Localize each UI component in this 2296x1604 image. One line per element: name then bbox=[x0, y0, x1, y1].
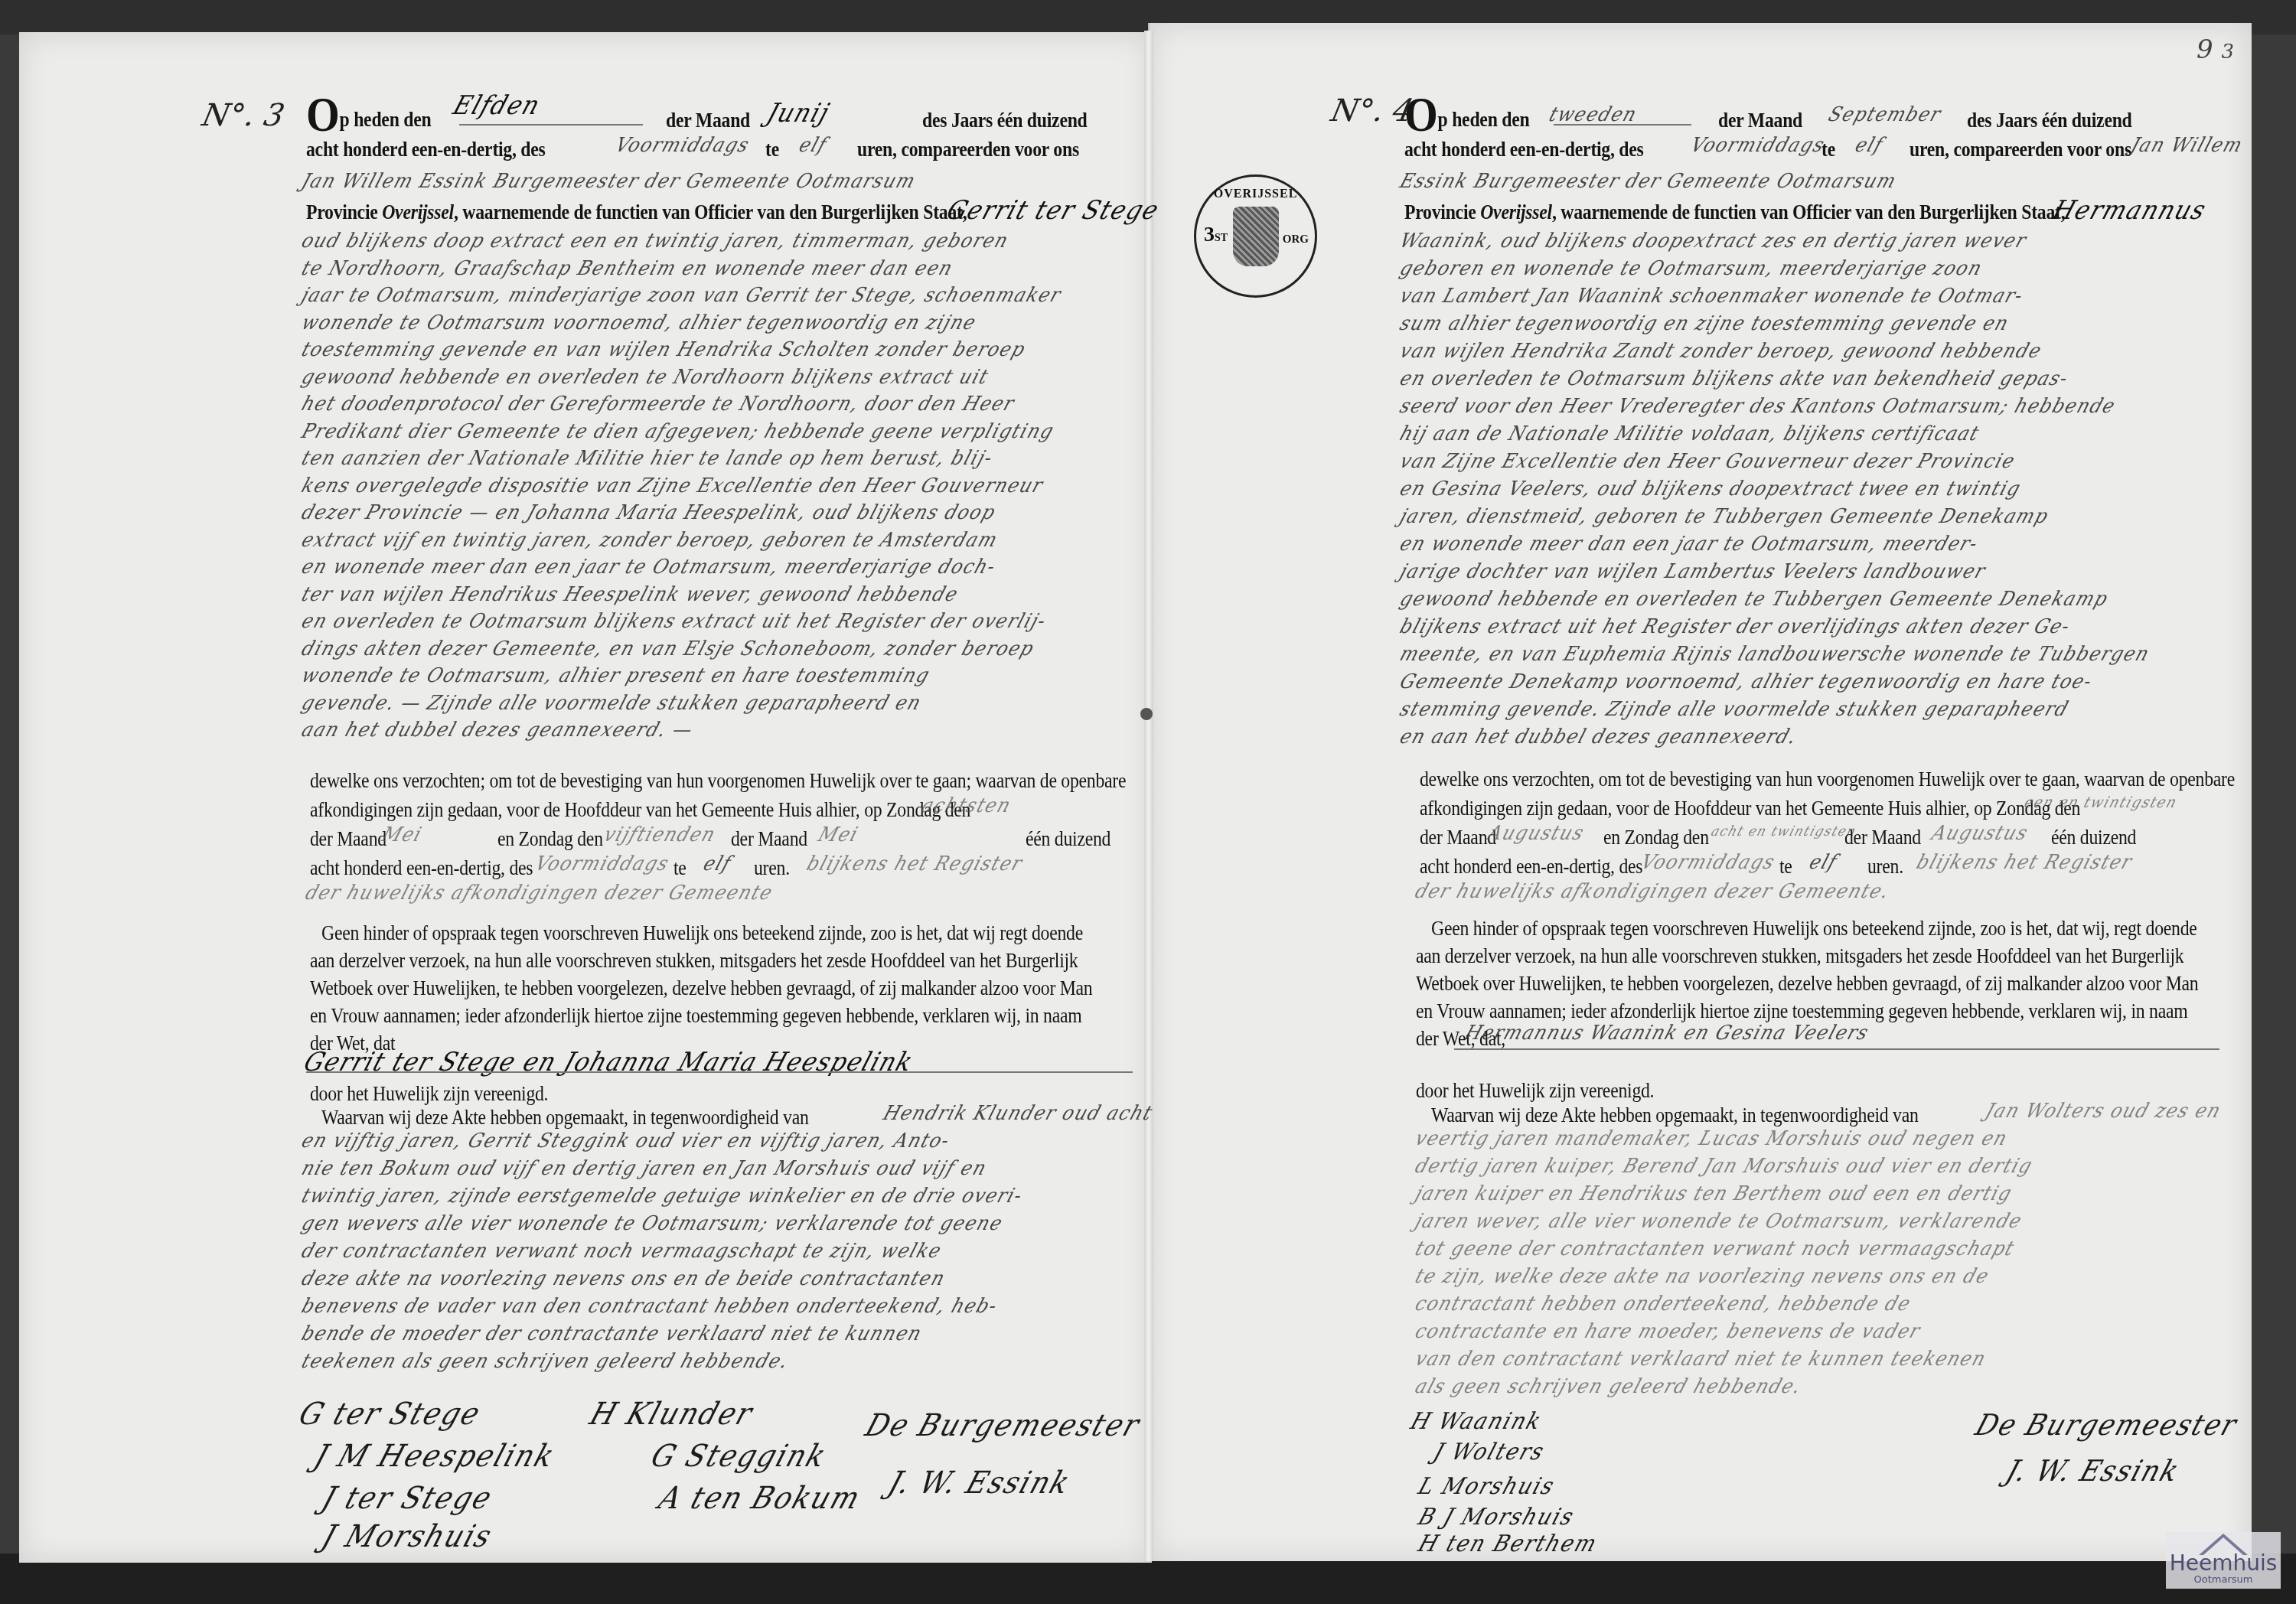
handwritten-line: stemming gevende. Zijnde alle voormelde … bbox=[1397, 698, 2072, 721]
right-declaration-line-2: aan derzelver verzoek, na hun alle voors… bbox=[1416, 944, 2183, 968]
right-te-label: te bbox=[1821, 138, 1835, 161]
left-mayor-name: Jan Willem Essink Burgemeester der Gemee… bbox=[298, 170, 918, 193]
fill-line bbox=[1554, 124, 1691, 126]
signature: J ter Stege bbox=[318, 1481, 497, 1516]
handwritten-line: hij aan de Nationale Militie voldaan, bl… bbox=[1397, 422, 1982, 445]
left-declaration-line-1: Geen hinder of opspraak tegen voorschrev… bbox=[321, 921, 1083, 945]
right-year-label: des Jaars één duizend bbox=[1967, 109, 2132, 132]
right-request-line-1: dewelke ons verzochten, om tot de bevest… bbox=[1420, 768, 2235, 791]
handwritten-line: jaren kuiper en Hendrikus ten Berthem ou… bbox=[1412, 1182, 2015, 1205]
left-declaration-line-4: en Vrouw aannamen; ieder afzonderlijk hi… bbox=[310, 1004, 1081, 1028]
left-second-sunday-day: vijftienden bbox=[601, 823, 719, 846]
handwritten-line: Jan Wolters oud zes en bbox=[1982, 1100, 2224, 1123]
left-request-te: te bbox=[673, 856, 687, 880]
right-witnesses-intro: Waarvan wij deze Akte hebben opgemaakt, … bbox=[1431, 1104, 1919, 1127]
handwritten-line: sum alhier tegenwoordig en zijne toestem… bbox=[1397, 312, 2012, 335]
right-request-register: blijkens het Register bbox=[1913, 851, 2135, 874]
right-day-value: tweeden bbox=[1546, 103, 1640, 126]
signature: H Waanink bbox=[1407, 1408, 1546, 1435]
handwritten-line: contractante en hare moeder, benevens de… bbox=[1412, 1320, 1923, 1343]
handwritten-line: kens overgelegde dispositie van Zijne Ex… bbox=[298, 474, 1046, 497]
handwritten-line: veertig jaren mandemaker, Lucas Morshuis… bbox=[1412, 1127, 2011, 1150]
right-request-line-2: afkondigingen zijn gedaan, voor de Hoofd… bbox=[1420, 797, 2080, 820]
left-request-maand-1: der Maand bbox=[310, 827, 386, 851]
right-act-number: N°. 4 bbox=[1328, 93, 1417, 129]
handwritten-line: der contractanten verwant noch vermaagsc… bbox=[298, 1240, 944, 1263]
left-request-register: blijkens het Register bbox=[804, 853, 1026, 875]
handwritten-line: Gemeente Denekamp voornoemd, alhier tege… bbox=[1397, 670, 2095, 693]
left-te-label: te bbox=[765, 138, 779, 161]
left-declaration-line-6: door het Huwelijk zijn vereenigd. bbox=[310, 1082, 548, 1106]
fill-line bbox=[459, 124, 643, 126]
handwritten-line: gevende. — Zijnde alle voormelde stukken… bbox=[298, 692, 925, 715]
left-daypart-value: Voormiddags bbox=[612, 134, 752, 157]
left-request-zondag-2: en Zondag den bbox=[497, 827, 603, 851]
left-second-sunday-month: Mei bbox=[815, 823, 861, 846]
signature: H Klunder bbox=[585, 1397, 758, 1432]
left-witnesses-intro: Waarvan wij deze Akte hebben opgemaakt, … bbox=[321, 1106, 809, 1130]
handwritten-line: Predikant dier Gemeente te dien afgegeve… bbox=[298, 420, 1057, 443]
right-request-duizend: één duizend bbox=[2051, 826, 2136, 849]
left-request-register-cont: der huwelijks afkondigingen dezer Gemeen… bbox=[302, 882, 776, 905]
right-declaration-line-6: door het Huwelijk zijn vereenigd. bbox=[1416, 1079, 1654, 1103]
right-second-sunday-month: Augustus bbox=[1929, 822, 2031, 845]
left-header-line-2: acht honderd een-en-dertig, des bbox=[306, 138, 546, 161]
right-second-sunday-day: acht en twintigsten bbox=[1709, 823, 1858, 839]
handwritten-line: jaar te Ootmarsum, minderjarige zoon van… bbox=[298, 284, 1065, 307]
left-year-label: des Jaars één duizend bbox=[922, 109, 1088, 132]
handwritten-line: extract vijf en twintig jaren, zonder be… bbox=[298, 529, 1001, 552]
left-act-number: N°. 3 bbox=[199, 98, 288, 133]
left-request-uren: uren. bbox=[754, 856, 790, 880]
left-request-line-4: acht honderd een-en-dertig, des bbox=[310, 856, 533, 880]
handwritten-line: oud blijkens doop extract een en twintig… bbox=[298, 230, 1012, 253]
handwritten-line: aan het dubbel dezes geannexeerd. — bbox=[298, 719, 696, 742]
right-month-label: der Maand bbox=[1718, 109, 1802, 132]
left-request-maand-2: der Maand bbox=[731, 827, 807, 851]
right-mayor-name: Essink Burgemeester der Gemeente Ootmars… bbox=[1397, 170, 1900, 193]
handwritten-line: en overleden te Ootmarsum blijkens akte … bbox=[1397, 367, 2071, 390]
right-request-register-cont: der huwelijks afkondigingen dezer Gemeen… bbox=[1412, 880, 1893, 903]
left-request-duizend: één duizend bbox=[1026, 827, 1110, 851]
heemhuis-watermark: Heemhuis Ootmarsum bbox=[2166, 1532, 2281, 1589]
handwritten-line: meente, en van Euphemia Rijnis landbouwe… bbox=[1397, 643, 2152, 666]
right-first-sunday-month: Augustus bbox=[1485, 822, 1587, 845]
fill-line bbox=[306, 1071, 1133, 1073]
handwritten-line: twintig jaren, zijnde eerstgemelde getui… bbox=[298, 1185, 1026, 1208]
right-request-uren: uren. bbox=[1867, 855, 1903, 879]
right-compareerden-label: uren, compareerden voor ons bbox=[1910, 138, 2131, 161]
left-request-line-2: afkondigingen zijn gedaan, voor de Hoofd… bbox=[310, 798, 970, 822]
handwritten-line: en aan het dubbel dezes geannexeerd. bbox=[1397, 725, 1800, 748]
handwritten-line: nie ten Bokum oud vijf en dertig jaren e… bbox=[298, 1157, 990, 1180]
signature: H ten Berthem bbox=[1415, 1531, 1601, 1557]
signature: A ten Bokum bbox=[654, 1481, 866, 1516]
handwritten-line: gen wevers alle vier wonende te Ootmarsu… bbox=[298, 1212, 1006, 1235]
handwritten-line: en wonende meer dan een jaar te Ootmarsu… bbox=[298, 556, 999, 579]
handwritten-line: en overleden te Ootmarsum blijkens extra… bbox=[298, 610, 1049, 633]
handwritten-line: Hendrik Klunder oud acht bbox=[880, 1102, 1156, 1125]
handwritten-line: ten aanzien der Nationale Militie hier t… bbox=[298, 447, 996, 470]
handwritten-line: als geen schrijven geleerd hebbende. bbox=[1412, 1375, 1805, 1398]
revenue-stamp: OVERIJSSEL 3ST ORG bbox=[1194, 174, 1317, 298]
handwritten-line: te zijn, welke deze akte na voorlezing n… bbox=[1412, 1265, 1992, 1288]
stamp-crest-icon bbox=[1233, 207, 1279, 266]
handwritten-line: bende de moeder der contractante verklaa… bbox=[298, 1322, 925, 1345]
handwritten-line: van Zijne Excellentie den Heer Gouverneu… bbox=[1397, 450, 2018, 473]
right-request-line-4: acht honderd een-en-dertig, des bbox=[1420, 855, 1642, 879]
handwritten-line: teekenen als geen schrijven geleerd hebb… bbox=[298, 1350, 791, 1373]
handwritten-line: deze akte na voorlezing nevens ons en de… bbox=[298, 1267, 948, 1290]
handwritten-line: dings akten dezer Gemeente, en van Elsje… bbox=[298, 637, 1037, 660]
signature: J. W. Essink bbox=[884, 1465, 1075, 1501]
handwritten-line: van Lambert Jan Waanink schoenmaker wone… bbox=[1397, 285, 2026, 308]
right-declaration-line-3: Wetboek over Huwelijken, te hebben voorg… bbox=[1416, 972, 2198, 996]
handwritten-line: seerd voor den Heer Vrederegter des Kant… bbox=[1397, 395, 2118, 418]
left-first-sunday-month: Mei bbox=[379, 823, 425, 846]
folio-number: 9 3 bbox=[2197, 34, 2234, 65]
left-couple-names: Gerrit ter Stege en Johanna Maria Heespe… bbox=[300, 1047, 917, 1077]
handwritten-line: wonende te Ootmarsum, alhier present en … bbox=[298, 664, 933, 687]
left-declaration-line-3: Wetboek over Huwelijken, te hebben voorg… bbox=[310, 976, 1092, 1000]
handwritten-line: Waanink, oud blijkens doopextract zes en… bbox=[1397, 230, 2030, 253]
signature: J. W. Essink bbox=[2002, 1454, 2184, 1488]
left-groom-name: Gerrit ter Stege bbox=[943, 195, 1163, 226]
handwritten-line: te Nordhoorn, Graafschap Bentheim en won… bbox=[298, 257, 956, 280]
handwritten-line: jaren wever, alle vier wonende te Ootmar… bbox=[1412, 1210, 2025, 1233]
handwritten-line: geboren en wonende te Ootmarsum, meerder… bbox=[1397, 257, 1985, 280]
left-first-sunday-day: achtsten bbox=[918, 794, 1014, 817]
left-request-daypart: Voormiddags bbox=[532, 853, 672, 875]
handwritten-line: van den contractant verklaard niet te ku… bbox=[1412, 1348, 1989, 1371]
handwritten-line: jaren, dienstmeid, geboren te Tubbergen … bbox=[1397, 505, 2052, 528]
right-request-daypart: Voormiddags bbox=[1638, 851, 1778, 874]
left-request-line-1: dewelke ons verzochten; om tot de bevest… bbox=[310, 769, 1126, 793]
handwritten-line: jarige dochter van wijlen Lambertus Veel… bbox=[1397, 560, 1989, 583]
left-compareerden-label: uren, compareerden voor ons bbox=[857, 138, 1079, 161]
fill-line bbox=[1454, 1048, 2219, 1050]
handwritten-line: van wijlen Hendrika Zandt zonder beroep,… bbox=[1397, 340, 2045, 363]
right-header-line-4: Provincie Overijssel, waarnemende de fun… bbox=[1404, 200, 2065, 224]
handwritten-line: wonende te Ootmarsum voornoemd, alhier t… bbox=[298, 311, 980, 334]
left-header-line-1: Op heden den bbox=[306, 90, 431, 139]
handwritten-line: benevens de vader van den contractant he… bbox=[298, 1295, 1000, 1318]
left-month-label: der Maand bbox=[666, 109, 750, 132]
handwritten-line: contractant hebben onderteekend, hebbend… bbox=[1412, 1293, 1914, 1315]
handwritten-line: en wonende meer dan een jaar te Ootmarsu… bbox=[1397, 533, 1981, 556]
binding-clip bbox=[1140, 708, 1153, 720]
signature: G ter Stege bbox=[295, 1397, 485, 1432]
handwritten-line: en vijftig jaren, Gerrit Steggink oud vi… bbox=[298, 1130, 953, 1152]
signature: J M Heespelink bbox=[310, 1439, 559, 1474]
handwritten-line: het doodenprotocol der Gereformeerde te … bbox=[298, 393, 1018, 416]
handwritten-line: en Gesina Veelers, oud blijkens doopextr… bbox=[1397, 478, 2024, 500]
book-gutter bbox=[1144, 31, 1153, 1561]
right-request-zondag-2: en Zondag den bbox=[1603, 826, 1709, 849]
left-header-line-4: Provincie Overijssel, waarnemende de fun… bbox=[306, 200, 967, 224]
handwritten-line: ter van wijlen Hendrikus Heespelink weve… bbox=[298, 583, 961, 606]
signature: B J Morshuis bbox=[1415, 1504, 1578, 1531]
signature: J Wolters bbox=[1430, 1439, 1549, 1465]
signature: J Morshuis bbox=[318, 1519, 497, 1554]
signature: De Burgemeester bbox=[861, 1408, 1145, 1443]
left-month-value: Junij bbox=[763, 98, 833, 129]
right-request-maand-1: der Maand bbox=[1420, 826, 1496, 849]
right-declaration-line-4: en Vrouw aannamen; ieder afzonderlijk hi… bbox=[1416, 999, 2187, 1023]
left-declaration-line-2: aan derzelver verzoek, na hun alle voors… bbox=[310, 949, 1078, 973]
right-header-line-2: acht honderd een-en-dertig, des bbox=[1404, 138, 1644, 161]
right-request-te: te bbox=[1779, 855, 1792, 879]
handwritten-line: gewoond hebbende en overleden te Nordhoo… bbox=[298, 366, 992, 389]
right-month-value: September bbox=[1825, 103, 1944, 126]
left-day-value: Elfden bbox=[449, 90, 544, 121]
signature: G Steggink bbox=[647, 1439, 831, 1474]
right-mayor-firstname: Jan Willem bbox=[2128, 134, 2245, 157]
handwritten-line: blijkens extract uit het Register der ov… bbox=[1397, 615, 2073, 638]
handwritten-line: dezer Provincie — en Johanna Maria Heesp… bbox=[298, 501, 999, 524]
right-couple-names: Hermannus Waanink en Gesina Veelers bbox=[1462, 1022, 1872, 1045]
right-header-line-1: Op heden den bbox=[1404, 90, 1529, 139]
right-groom-firstname: Hermannus bbox=[2049, 195, 2210, 226]
right-daypart-value: Voormiddags bbox=[1688, 134, 1828, 157]
right-declaration-line-1: Geen hinder of opspraak tegen voorschrev… bbox=[1431, 917, 2197, 941]
handwritten-line: tot geene der contractanten verwant noch… bbox=[1412, 1237, 2017, 1260]
right-first-sunday-day: een en twintigsten bbox=[2022, 793, 2180, 811]
right-request-maand-2: der Maand bbox=[1844, 826, 1921, 849]
signature: L Morshuis bbox=[1415, 1473, 1559, 1500]
handwritten-line: gewoond hebbende en overleden te Tubberg… bbox=[1397, 588, 2111, 611]
signature: De Burgemeester bbox=[1971, 1408, 2242, 1442]
handwritten-line: dertig jaren kuiper, Berend Jan Morshuis… bbox=[1412, 1155, 2036, 1178]
handwritten-line: toestemming gevende en van wijlen Hendri… bbox=[298, 338, 1029, 361]
